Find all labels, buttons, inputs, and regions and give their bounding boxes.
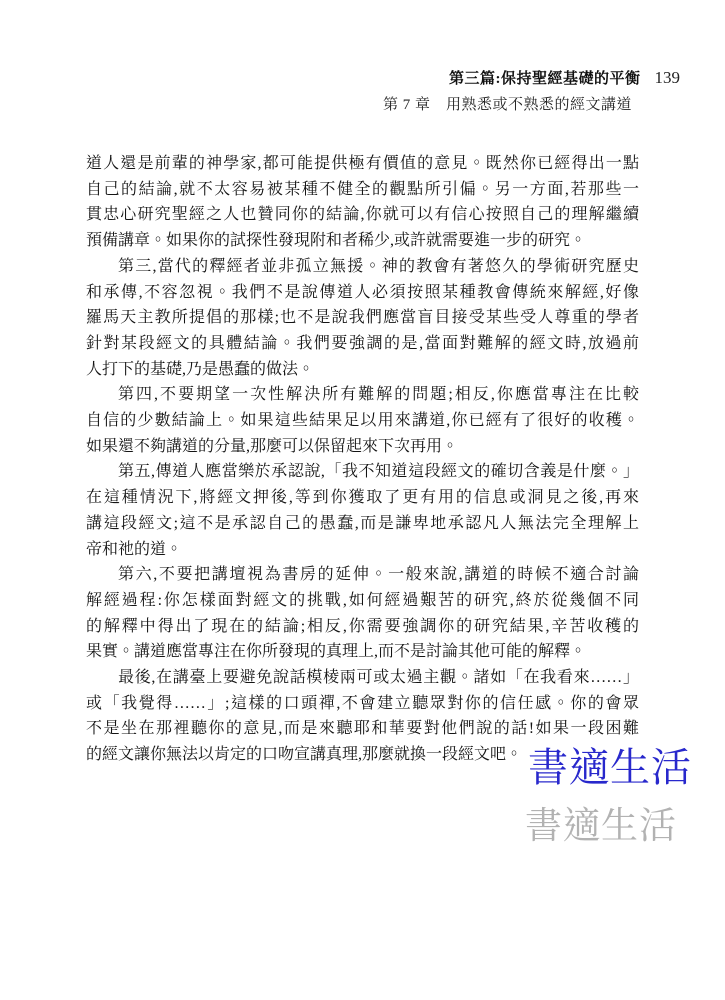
- book-page: 第三篇:保持聖經基礎的平衡 139 第 7 章 用熟悉或不熟悉的經文講道 道人還…: [0, 0, 725, 1000]
- body-line: 人打下的基礎,乃是愚蠢的做法。: [86, 357, 639, 383]
- running-head: 第三篇:保持聖經基礎的平衡 139: [449, 67, 680, 88]
- body-line: 自信的少數結論上。如果這些結果足以用來講道,你已經有了很好的收穫。: [86, 408, 639, 434]
- body-line: 在這種情況下,將經文押後,等到你獲取了更有用的信息或洞見之後,再來: [86, 485, 639, 511]
- body-line: 第四,不要期望一次性解決所有難解的問題;相反,你應當專注在比較: [86, 382, 639, 408]
- body-line: 預備講章。如果你的試探性發現附和者稀少,或許就需要進一步的研究。: [86, 228, 639, 254]
- body-line: 第三,當代的釋經者並非孤立無援。神的教會有著悠久的學術研究歷史: [86, 254, 639, 280]
- body-line: 或「我覺得……」;這樣的口頭禪,不會建立聽眾對你的信任感。你的會眾: [86, 691, 639, 717]
- body-line: 講這段經文;這不是承認自己的愚蠢,而是謙卑地承認凡人無法完全理解上: [86, 511, 639, 537]
- section-title: 第三篇:保持聖經基礎的平衡: [449, 67, 641, 88]
- body-line: 第六,不要把講壇視為書房的延伸。一般來說,講道的時候不適合討論: [86, 562, 639, 588]
- body-line: 的解釋中得出了現在的結論;相反,你需要強調你的研究結果,辛苦收穫的: [86, 614, 639, 640]
- chapter-heading: 第 7 章 用熟悉或不熟悉的經文講道: [383, 93, 632, 114]
- body-line: 如果還不夠講道的分量,那麼可以保留起來下次再用。: [86, 434, 639, 460]
- page-number: 139: [655, 68, 681, 88]
- body-line: 針對某段經文的具體結論。我們要強調的是,當面對難解的經文時,放過前: [86, 331, 639, 357]
- body-line: 最後,在講臺上要避免說話模棱兩可或太過主觀。諸如「在我看來……」: [86, 665, 639, 691]
- body-line: 貫忠心研究聖經之人也贊同你的結論,你就可以有信心按照自己的理解繼續: [86, 202, 639, 228]
- watermark-secondary: 書適生活: [525, 808, 677, 845]
- body-line: 果實。講道應當專注在你所發現的真理上,而不是討論其他可能的解釋。: [86, 639, 639, 665]
- body-line: 的經文讓你無法以肯定的口吻宣講真理,那麼就換一段經文吧。: [86, 742, 639, 768]
- body-text: 道人還是前輩的神學家,都可能提供極有價值的意見。既然你已經得出一點自己的結論,就…: [86, 151, 639, 768]
- body-line: 不是坐在那裡聽你的意見,而是來聽耶和華要對他們說的話!如果一段困難: [86, 716, 639, 742]
- body-line: 自己的結論,就不太容易被某種不健全的觀點所引偏。另一方面,若那些一: [86, 177, 639, 203]
- body-line: 第五,傳道人應當樂於承認說,「我不知道這段經文的確切含義是什麼。」: [86, 459, 639, 485]
- body-line: 和承傳,不容忽視。我們不是說傳道人必須按照某種教會傳統來解經,好像: [86, 280, 639, 306]
- body-line: 羅馬天主教所提倡的那樣;也不是說我們應當盲目接受某些受人尊重的學者: [86, 305, 639, 331]
- body-line: 解經過程:你怎樣面對經文的挑戰,如何經過艱苦的研究,終於從幾個不同: [86, 588, 639, 614]
- body-line: 帝和祂的道。: [86, 537, 639, 563]
- body-line: 道人還是前輩的神學家,都可能提供極有價值的意見。既然你已經得出一點: [86, 151, 639, 177]
